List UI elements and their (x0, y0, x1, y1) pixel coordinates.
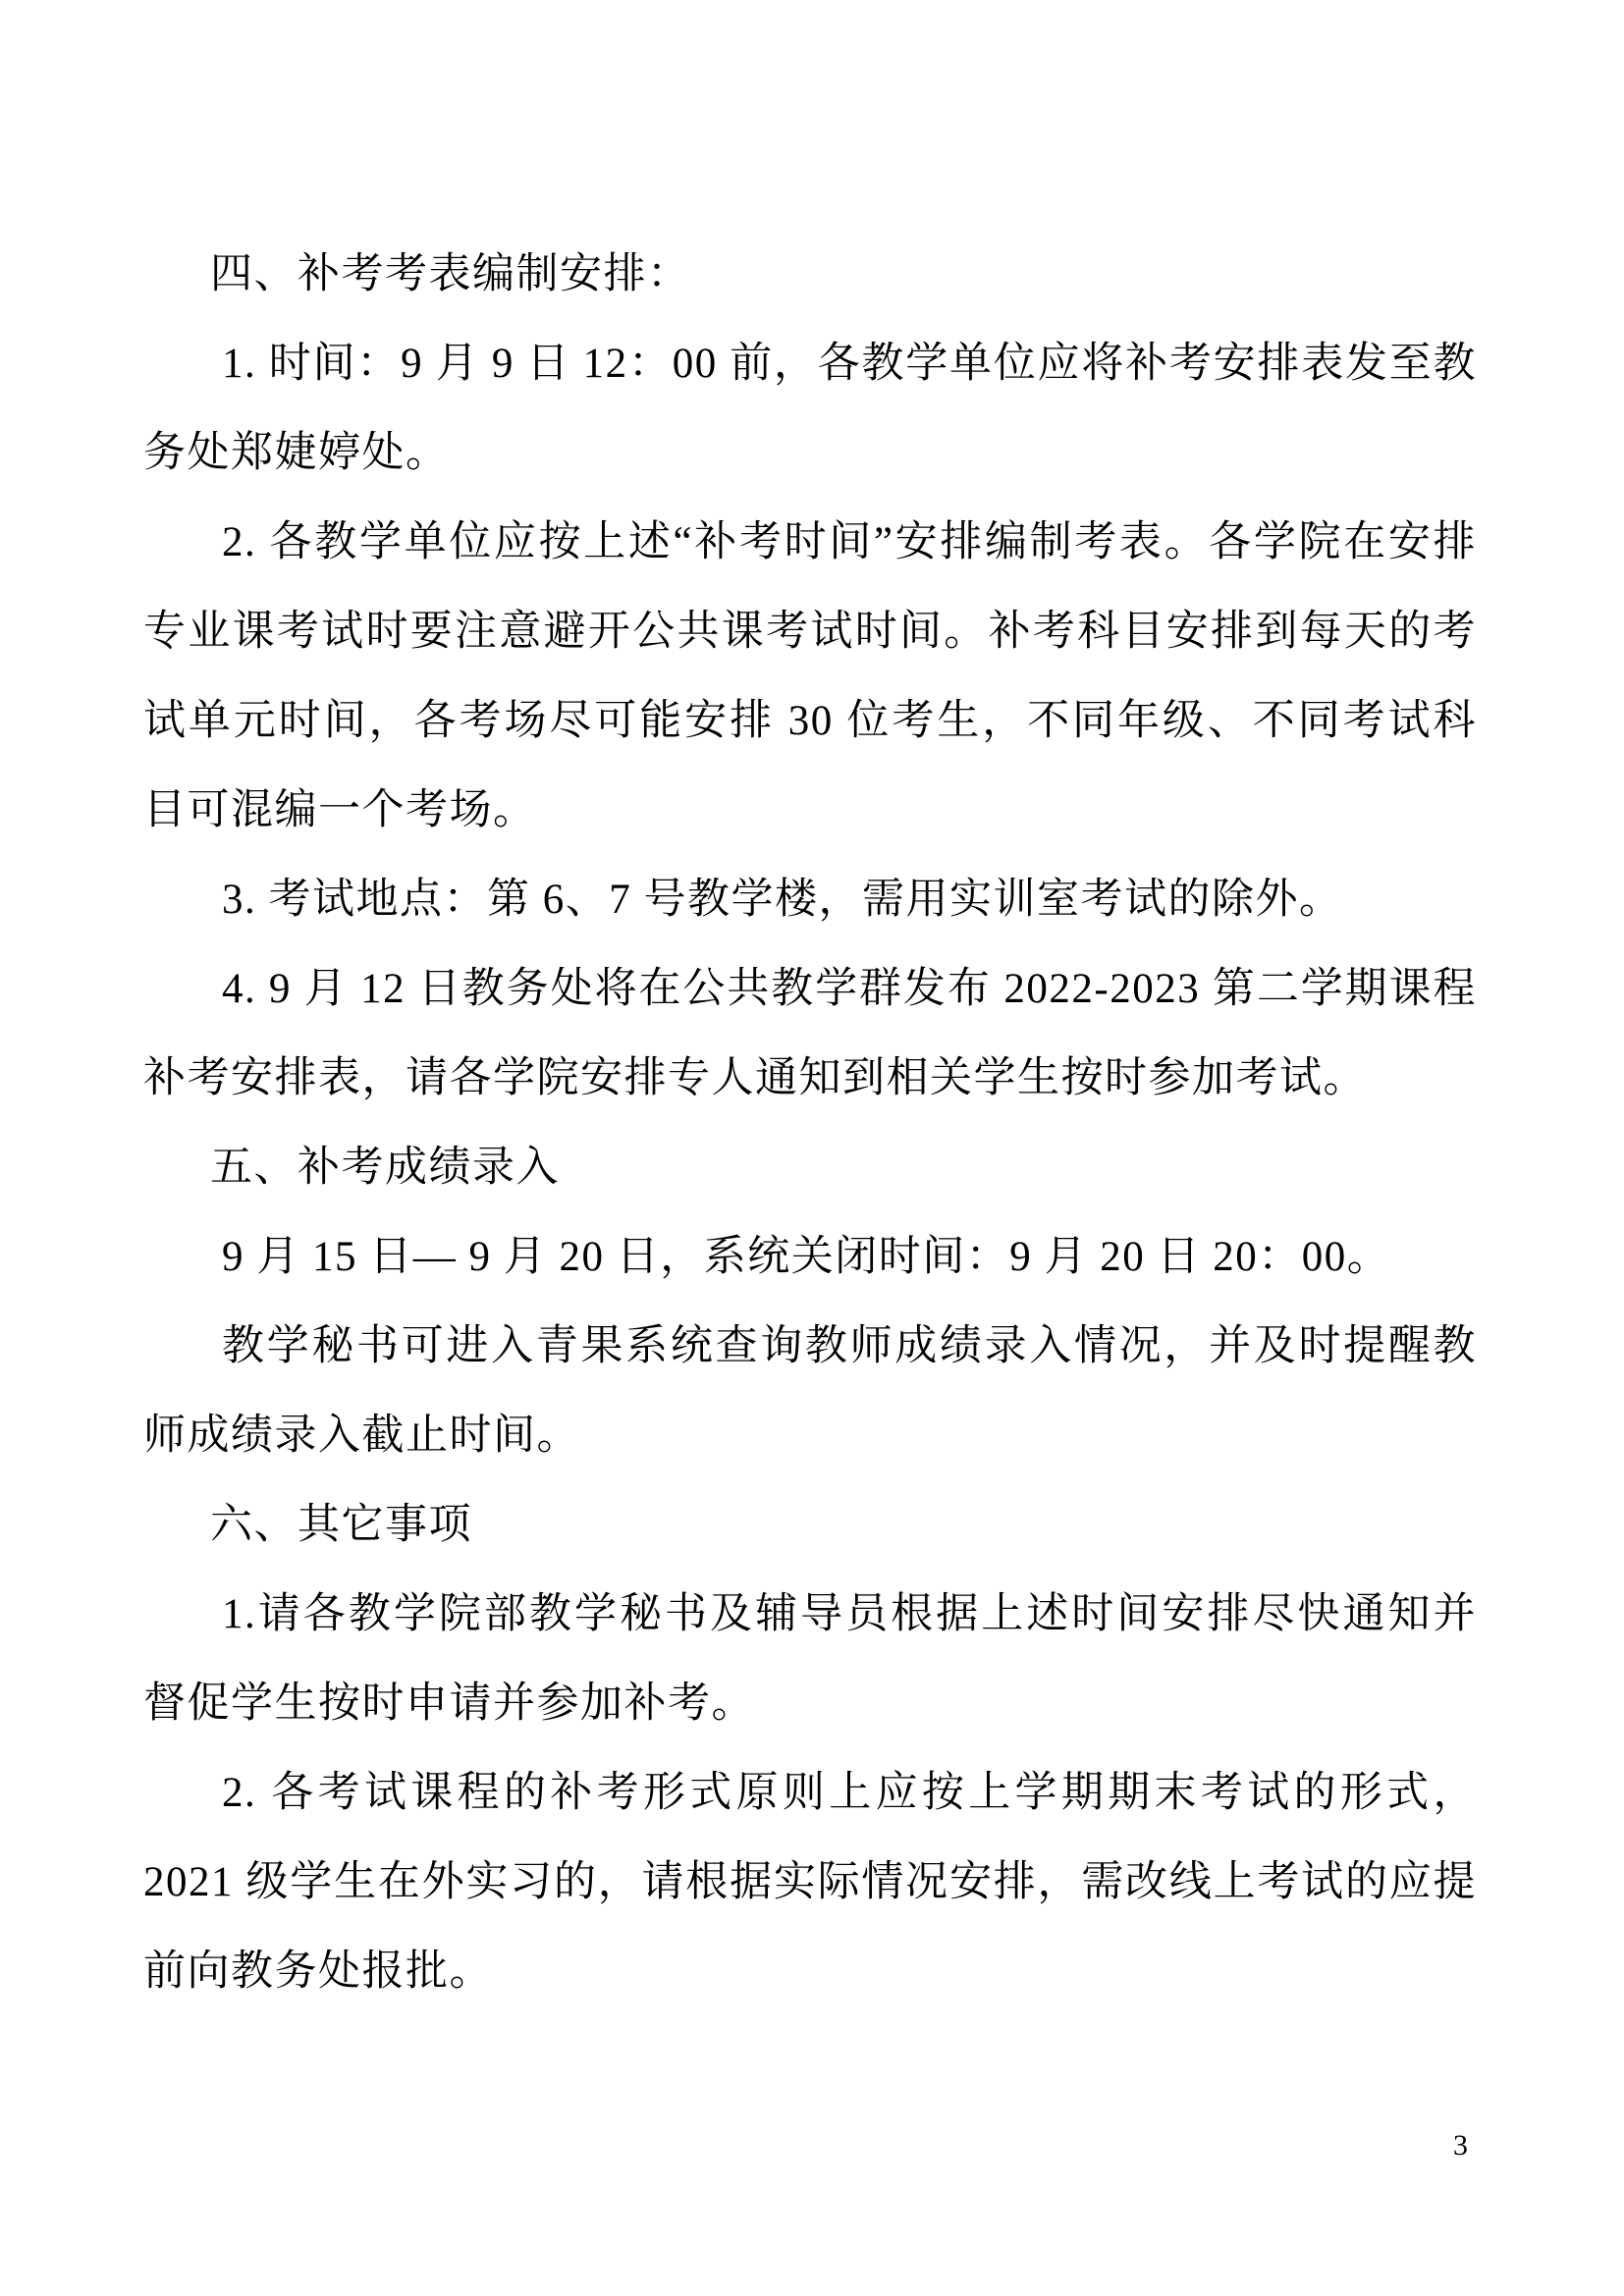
section-heading-6: 六、其它事项 (143, 1480, 1477, 1570)
section-heading-4: 四、补考考表编制安排： (143, 230, 1477, 319)
section-heading-5: 五、补考成绩录入 (143, 1123, 1477, 1212)
paragraph-item-4-release: 4. 9 月 12 日教务处将在公共教学群发布 2022-2023 第二学期课程… (143, 944, 1477, 1123)
document-body: 四、补考考表编制安排： 1. 时间：9 月 9 日 12：00 前，各教学单位应… (143, 230, 1477, 2016)
paragraph-score-entry-reminder: 教学秘书可进入青果系统查询教师成绩录入情况，并及时提醒教师成绩录入截止时间。 (143, 1302, 1477, 1480)
paragraph-other-2-format: 2. 各考试课程的补考形式原则上应按上学期期末考试的形式，2021 级学生在外实… (143, 1748, 1477, 2016)
paragraph-item-1-time: 1. 时间：9 月 9 日 12：00 前，各教学单位应将补考安排表发至教务处郑… (143, 319, 1477, 498)
document-page: 四、补考考表编制安排： 1. 时间：9 月 9 日 12：00 前，各教学单位应… (0, 0, 1624, 2296)
paragraph-other-1-notify: 1.请各教学院部教学秘书及辅导员根据上述时间安排尽快通知并督促学生按时申请并参加… (143, 1570, 1477, 1748)
paragraph-score-entry-dates: 9 月 15 日— 9 月 20 日，系统关闭时间：9 月 20 日 20：00… (143, 1212, 1477, 1302)
paragraph-item-3-location: 3. 考试地点：第 6、7 号教学楼，需用实训室考试的除外。 (143, 855, 1477, 944)
paragraph-item-2-schedule: 2. 各教学单位应按上述“补考时间”安排编制考表。各学院在安排专业课考试时要注意… (143, 498, 1477, 855)
page-number: 3 (1453, 2128, 1468, 2163)
